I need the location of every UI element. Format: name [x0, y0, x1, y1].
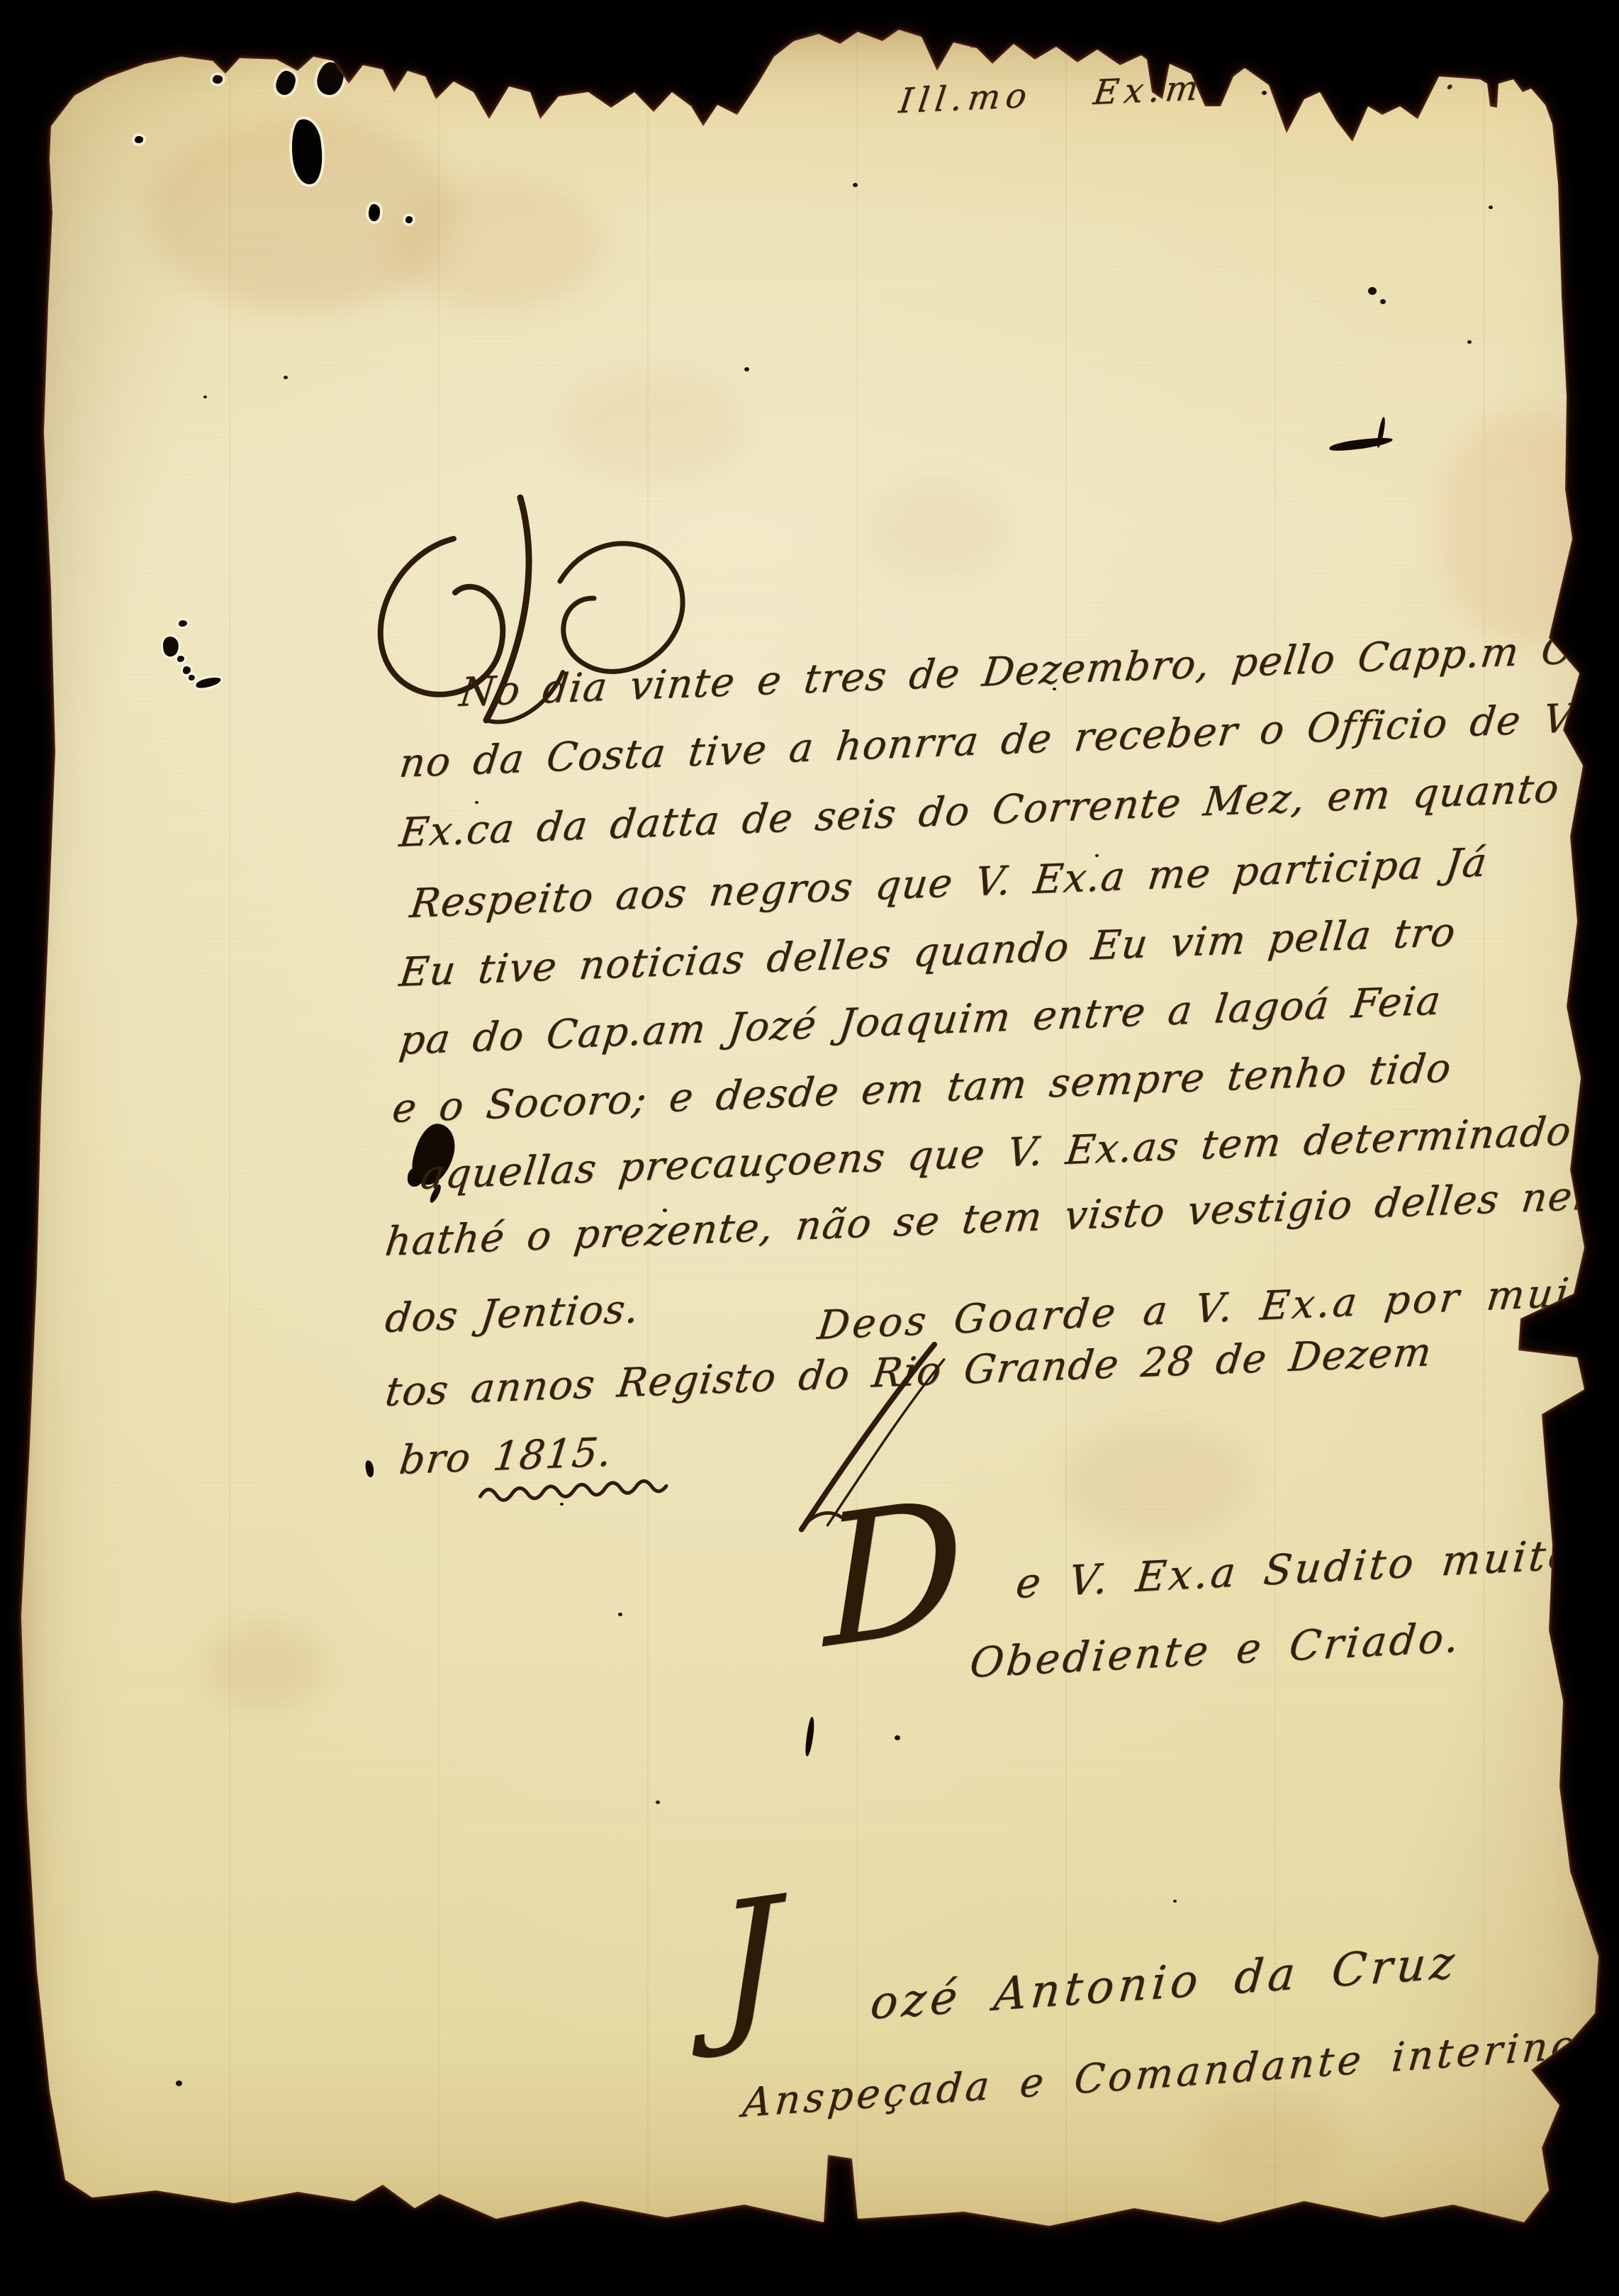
- ink-spatter: [195, 676, 222, 689]
- underline-flourish: [439, 1474, 737, 1510]
- valediction-line: Obediente e Criado.: [968, 1613, 1464, 1687]
- ink-spatter: [183, 666, 191, 674]
- paper-hole: [288, 118, 325, 186]
- manuscript-page: Ill.mo Ex.mo Senhor. No dia vinte e tres…: [21, 28, 1606, 2253]
- ink-speck: [853, 183, 858, 187]
- ink-spatter: [189, 675, 195, 681]
- ink-speck: [560, 1503, 564, 1506]
- paper-hole: [315, 60, 345, 97]
- ink-spatter: [179, 620, 187, 627]
- paper-hole: [213, 75, 223, 84]
- paper-stain: [1198, 2091, 1347, 2190]
- paper-stain: [865, 482, 1007, 581]
- ink-speck: [475, 801, 478, 804]
- paper-stain: [390, 177, 603, 312]
- valediction-initial: D: [819, 1475, 968, 1674]
- signature-name: ozé Antonio da Cruz: [868, 1936, 1460, 2030]
- ink-speck: [618, 1613, 622, 1616]
- paper-stain: [560, 369, 744, 482]
- ink-speck: [1380, 299, 1386, 304]
- ink-stroke: [364, 1460, 376, 1478]
- signature-initial: J: [714, 1876, 784, 2049]
- ink-speck: [1368, 287, 1377, 295]
- scan-background: Ill.mo Ex.mo Senhor. No dia vinte e tres…: [0, 0, 1619, 2296]
- ink-speck: [1262, 91, 1267, 95]
- ink-speck: [176, 2081, 182, 2086]
- ink-speck: [1467, 340, 1472, 344]
- ink-speck: [663, 1209, 667, 1212]
- paper-hole: [405, 216, 413, 223]
- ink-spatter: [177, 656, 184, 662]
- salutation-line: Ill.mo Ex.mo Senhor.: [897, 57, 1464, 121]
- paper-hole: [369, 204, 380, 221]
- paper-stain: [1063, 1425, 1248, 1538]
- valediction-line: e V. Ex.a Sudito muito: [1014, 1530, 1579, 1608]
- ink-speck: [895, 1735, 900, 1740]
- ink-speck: [744, 367, 749, 371]
- ink-speck: [1489, 206, 1493, 209]
- ink-speck: [203, 396, 207, 398]
- ink-speck: [1095, 854, 1099, 857]
- paper-hole: [274, 69, 297, 96]
- ink-speck: [970, 44, 974, 47]
- body-line: dos Jentios.: [383, 1286, 642, 1342]
- signature-title: Anspeçada e Comandante interino: [741, 2022, 1581, 2127]
- ink-speck: [1053, 688, 1056, 690]
- paper-stain: [1439, 411, 1609, 645]
- ink-speck: [656, 1801, 660, 1804]
- ink-speck: [1173, 1900, 1177, 1903]
- ink-speck: [284, 376, 288, 379]
- ink-spatter: [162, 635, 181, 657]
- paper-hole: [135, 136, 143, 143]
- paper-wrap: Ill.mo Ex.mo Senhor. No dia vinte e tres…: [0, 0, 1619, 2296]
- ink-stroke: [805, 1717, 816, 1757]
- ink-dash: [1329, 436, 1394, 453]
- paper-stain: [206, 1623, 326, 1708]
